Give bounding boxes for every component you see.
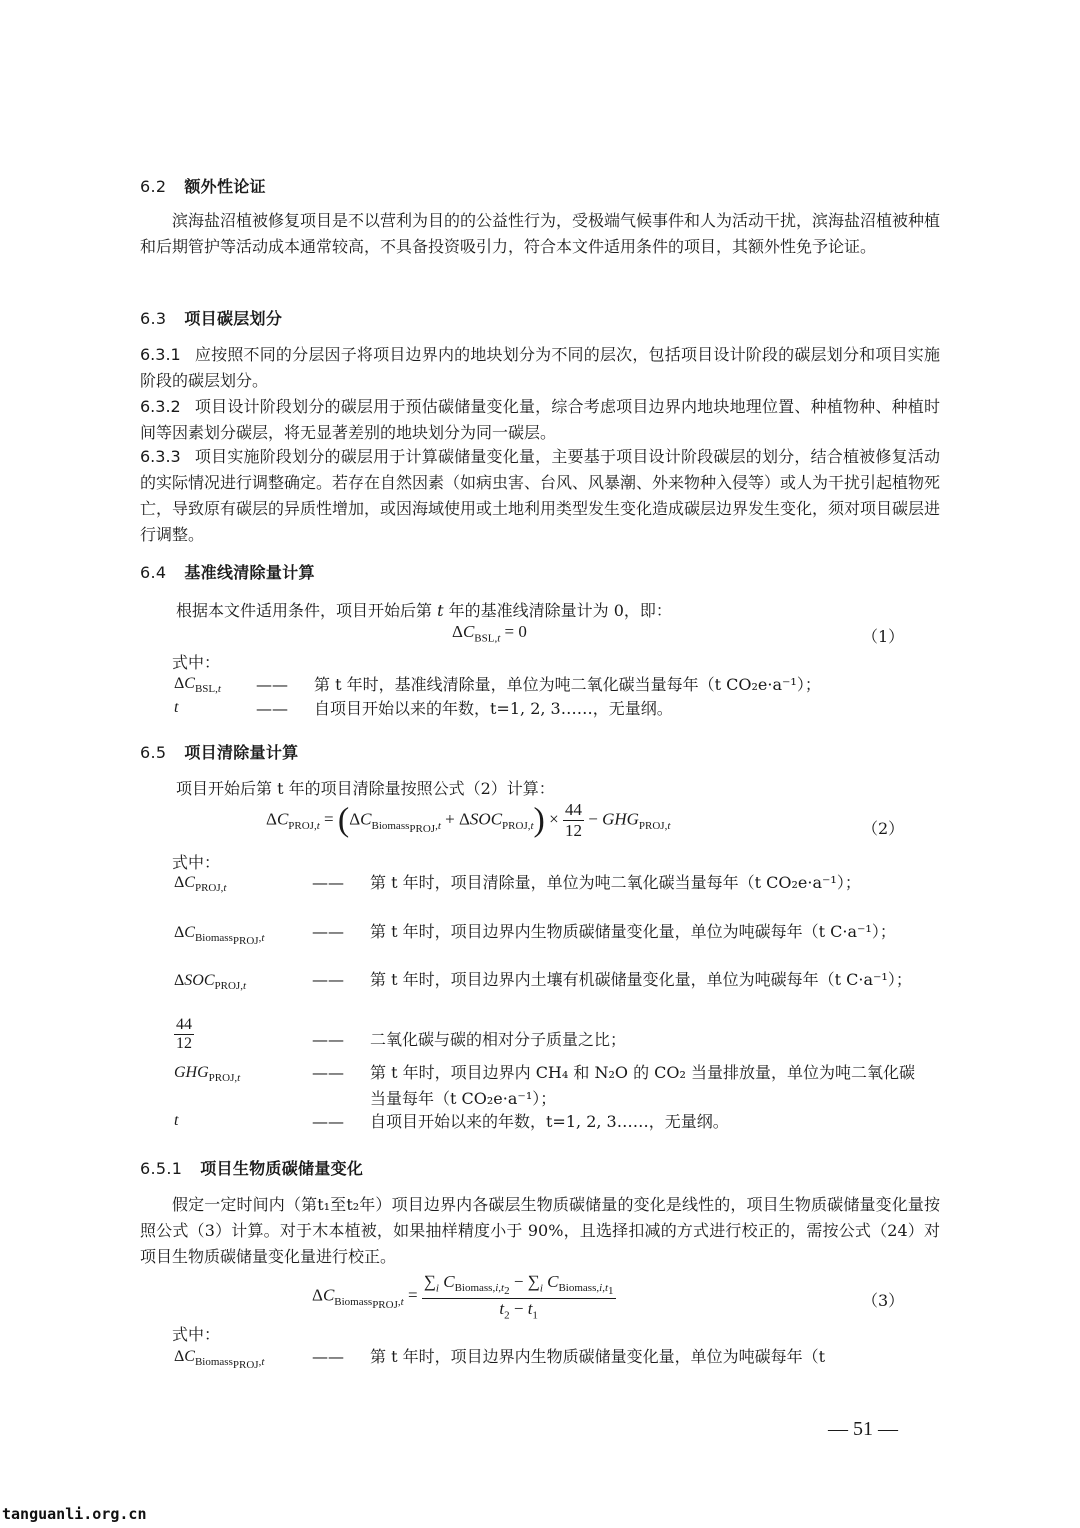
- symbol-t: t: [174, 699, 178, 717]
- clause-6-3-1: 6.3.1应按照不同的分层因子将项目边界内的地块划分为不同的层次，包括项目设计阶…: [140, 342, 940, 394]
- symbol-delta-c-biomass: ΔCBiomassPROJ,t: [174, 1348, 264, 1371]
- definition-dash: ——: [312, 1112, 344, 1131]
- section-heading-6-5: 6.5项目清除量计算: [140, 740, 298, 763]
- section-heading-6-4: 6.4基准线清除量计算: [140, 560, 315, 583]
- paragraph-biomass-change: 假定一定时间内（第t₁至t₂年）项目边界内各碳层生物质碳储量的变化是线性的，项目…: [140, 1192, 940, 1270]
- document-page: 6.2额外性论证 滨海盐沼植被修复项目是不以营利为目的的公益性行为，受极端气候事…: [0, 0, 1080, 1528]
- definition-dash: ——: [312, 873, 344, 892]
- baseline-intro: 根据本文件适用条件，项目开始后第 t 年的基准线清除量计为 0，即：: [176, 598, 936, 624]
- definition-dash: ——: [312, 970, 344, 989]
- definition-ghg-proj: 第 t 年时，项目边界内 CH₄ 和 N₂O 的 CO₂ 当量排放量，单位为吨二…: [370, 1060, 926, 1112]
- section-heading-6-2: 6.2额外性论证: [140, 174, 266, 197]
- where-label: 式中：: [172, 650, 220, 673]
- equation-number-1: （1）: [862, 624, 904, 647]
- equation-1: ΔCBSL,t = 0: [452, 622, 527, 644]
- definition-delta-c-proj: 第 t 年时，项目清除量，单位为吨二氧化碳当量每年（t CO₂e·a⁻¹）；: [370, 870, 926, 896]
- definition-t: 自项目开始以来的年数，t=1, 2, 3……，无量纲。: [314, 696, 944, 722]
- equation-number-3: （3）: [862, 1288, 904, 1311]
- clause-6-3-2: 6.3.2项目设计阶段划分的碳层用于预估碳储量变化量，综合考虑项目边界内地块地理…: [140, 394, 940, 446]
- section-heading-6-5-1: 6.5.1项目生物质碳储量变化: [140, 1156, 363, 1179]
- symbol-ghg-proj: GHGPROJ,t: [174, 1064, 240, 1084]
- definition-dash: ——: [312, 1063, 344, 1082]
- symbol-delta-c-bsl: ΔCBSL,t: [174, 675, 221, 695]
- equation-number-2: （2）: [862, 816, 904, 839]
- section-heading-6-3: 6.3项目碳层划分: [140, 306, 282, 329]
- symbol-delta-c-proj: ΔCPROJ,t: [174, 874, 226, 894]
- definition-delta-c-biomass: 第 t 年时，项目边界内生物质碳储量变化量，单位为吨碳每年（t C·a⁻¹）；: [370, 919, 926, 945]
- clause-6-3-3: 6.3.3项目实施阶段划分的碳层用于计算碳储量变化量，主要基于项目设计阶段碳层的…: [140, 444, 940, 548]
- definition-dash: ——: [312, 1030, 344, 1049]
- symbol-delta-c-biomass: ΔCBiomassPROJ,t: [174, 924, 264, 947]
- watermark: tanguanli.org.cn: [2, 1505, 147, 1523]
- symbol-t: t: [174, 1112, 178, 1130]
- symbol-delta-soc: ΔSOCPROJ,t: [174, 972, 246, 992]
- definition-dash: ——: [312, 922, 344, 941]
- where-label: 式中：: [172, 1322, 220, 1345]
- definition-dash: ——: [256, 675, 288, 694]
- equation-2: ΔCPROJ,t = (ΔCBiomassPROJ,t + ΔSOCPROJ,t…: [266, 800, 670, 841]
- symbol-44-over-12: 4412: [174, 1016, 194, 1053]
- project-removal-intro: 项目开始后第 t 年的项目清除量按照公式（2）计算：: [176, 776, 936, 802]
- equation-3: ΔCBiomassPROJ,t = ∑i CBiomass,i,t2 − ∑i …: [312, 1272, 616, 1321]
- definition-ratio: 二氧化碳与碳的相对分子质量之比；: [370, 1027, 926, 1053]
- definition-delta-c-biomass: 第 t 年时，项目边界内生物质碳储量变化量，单位为吨碳每年（t: [370, 1344, 926, 1370]
- definition-delta-c-bsl: 第 t 年时，基准线清除量，单位为吨二氧化碳当量每年（t CO₂e·a⁻¹）；: [314, 672, 944, 698]
- definition-delta-soc: 第 t 年时，项目边界内土壤有机碳储量变化量，单位为吨碳每年（t C·a⁻¹）；: [370, 967, 926, 993]
- definition-dash: ——: [312, 1347, 344, 1366]
- page-number: — 51 —: [828, 1418, 898, 1441]
- definition-t: 自项目开始以来的年数，t=1, 2, 3……，无量纲。: [370, 1109, 926, 1135]
- where-label: 式中：: [172, 850, 220, 873]
- definition-dash: ——: [256, 699, 288, 718]
- paragraph-additionality: 滨海盐沼植被修复项目是不以营利为目的的公益性行为，受极端气候事件和人为活动干扰，…: [140, 208, 940, 260]
